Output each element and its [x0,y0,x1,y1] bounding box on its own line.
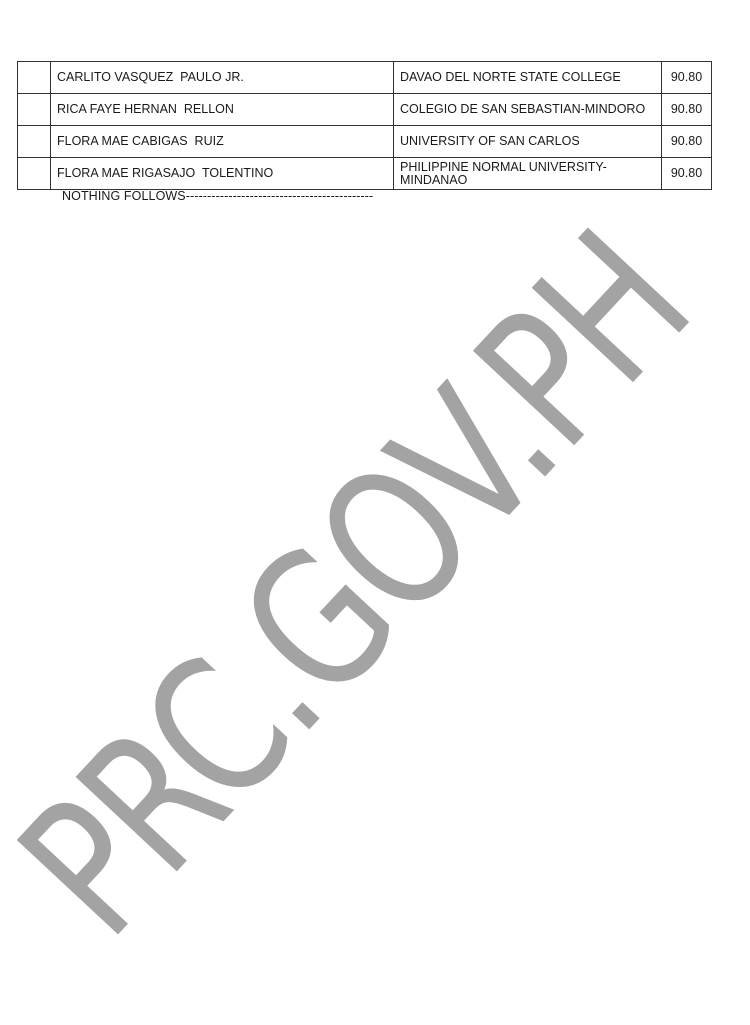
table-row: CARLITO VASQUEZ PAULO JR. DAVAO DEL NORT… [18,62,712,94]
rating-cell: 90.80 [662,158,712,190]
watermark: PRC.GOV.PH [0,204,719,965]
examinee-name-cell: CARLITO VASQUEZ PAULO JR. [51,62,394,94]
row-number-cell [18,94,51,126]
row-number-cell [18,62,51,94]
table-row: FLORA MAE CABIGAS RUIZ UNIVERSITY OF SAN… [18,126,712,158]
school-cell: UNIVERSITY OF SAN CARLOS [394,126,662,158]
table-row: FLORA MAE RIGASAJO TOLENTINO PHILIPPINE … [18,158,712,190]
table-row: RICA FAYE HERNAN RELLON COLEGIO DE SAN S… [18,94,712,126]
examinee-name-cell: RICA FAYE HERNAN RELLON [51,94,394,126]
examinee-name-cell: FLORA MAE RIGASAJO TOLENTINO [51,158,394,190]
school-cell: DAVAO DEL NORTE STATE COLLEGE [394,62,662,94]
rating-cell: 90.80 [662,94,712,126]
examinee-name-cell: FLORA MAE CABIGAS RUIZ [51,126,394,158]
rating-cell: 90.80 [662,62,712,94]
school-cell: PHILIPPINE NORMAL UNIVERSITY-MINDANAO [394,158,662,190]
results-table: CARLITO VASQUEZ PAULO JR. DAVAO DEL NORT… [17,61,712,190]
row-number-cell [18,158,51,190]
school-cell: COLEGIO DE SAN SEBASTIAN-MINDORO [394,94,662,126]
row-number-cell [18,126,51,158]
rating-cell: 90.80 [662,126,712,158]
nothing-follows-note: NOTHING FOLLOWS-------------------------… [62,189,373,203]
